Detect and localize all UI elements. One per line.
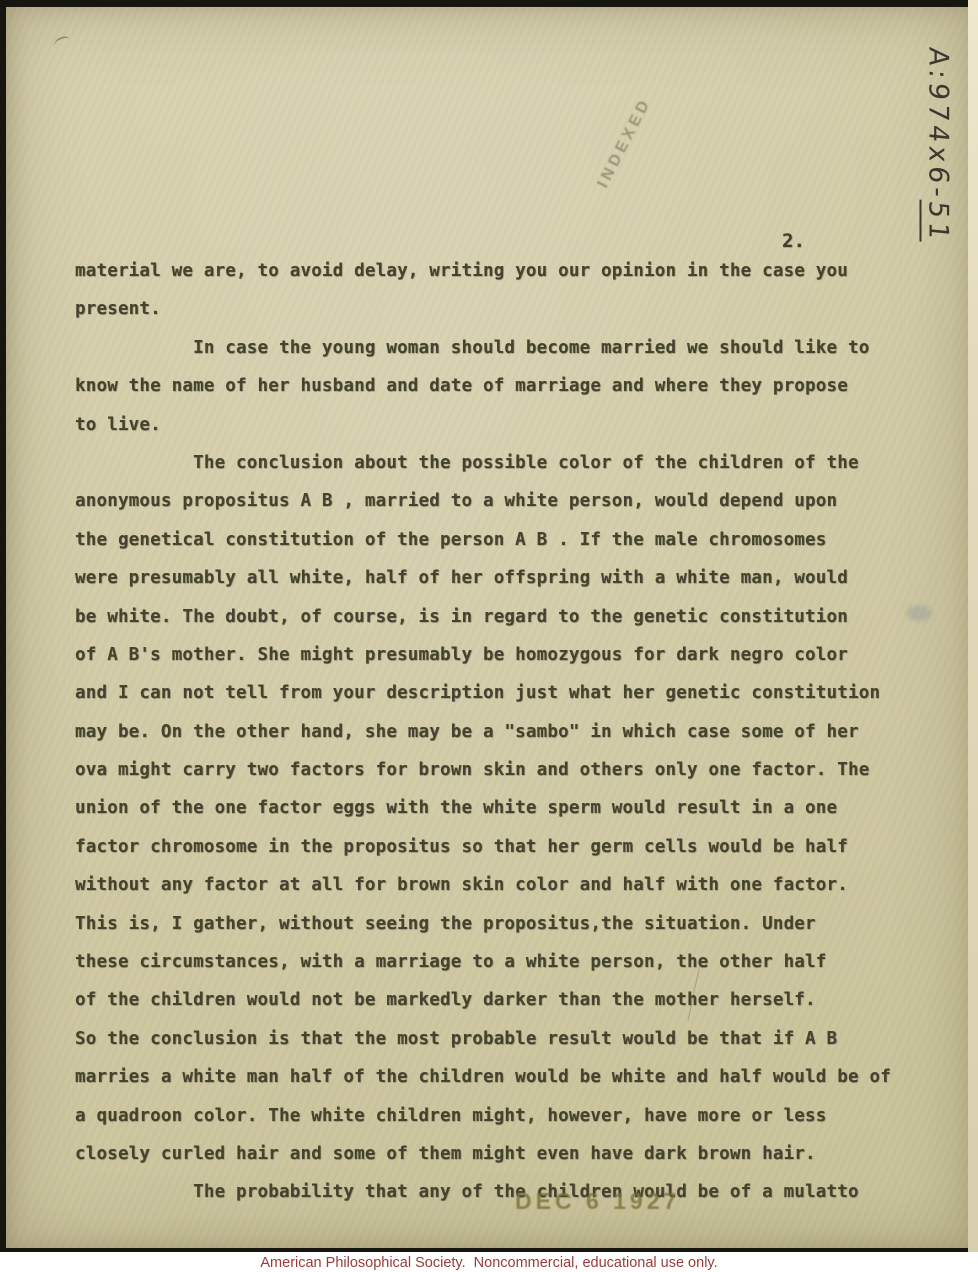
typed-line: without any factor at all for brown skin… — [75, 866, 915, 904]
typed-line: present. — [75, 290, 915, 328]
page-number: 2. — [782, 230, 805, 252]
typed-line: to live. — [75, 406, 915, 444]
typed-line: The probability that any of the children… — [75, 1173, 915, 1211]
archival-id-main: A:974x6- — [923, 46, 954, 203]
typed-line: know the name of her husband and date of… — [75, 367, 915, 405]
typed-line: these circumstances, with a marriage to … — [75, 943, 915, 981]
typed-text-block: material we are, to avoid delay, writing… — [75, 252, 915, 1212]
typed-line: marries a white man half of the children… — [75, 1058, 915, 1096]
typed-line: So the conclusion is that the most proba… — [75, 1020, 915, 1058]
typed-line: and I can not tell from your description… — [75, 674, 915, 712]
typed-line: a quadroon color. The white children mig… — [75, 1097, 915, 1135]
typed-line: ova might carry two factors for brown sk… — [75, 751, 915, 789]
typed-line: the genetical constitution of the person… — [75, 521, 915, 559]
pencil-mark — [53, 35, 72, 50]
typed-line: anonymous propositus A B , married to a … — [75, 482, 915, 520]
archival-id-annotation: A:974x6-51 — [923, 39, 954, 252]
typed-line: In case the young woman should become ma… — [75, 329, 915, 367]
adjacent-page-edge — [968, 0, 978, 1252]
typed-line: were presumably all white, half of her o… — [75, 559, 915, 597]
footer-strip: American Philosophical Society. Noncomme… — [0, 1252, 978, 1272]
typed-line: may be. On the other hand, she may be a … — [75, 713, 915, 751]
scanned-letter-page: INDEXED A:974x6-51 2. material we are, t… — [0, 0, 978, 1272]
archival-id-underlined: 51 — [920, 199, 954, 245]
date-received-stamp: DEC 6 1927 — [515, 1188, 680, 1215]
typed-line: This is, I gather, without seeing the pr… — [75, 905, 915, 943]
typed-line: closely curled hair and some of them mig… — [75, 1135, 915, 1173]
typed-line: material we are, to avoid delay, writing… — [75, 252, 915, 290]
typed-line: The conclusion about the possible color … — [75, 444, 915, 482]
typed-line: union of the one factor eggs with the wh… — [75, 789, 915, 827]
typed-line: factor chromosome in the propositus so t… — [75, 828, 915, 866]
attribution-footer: American Philosophical Society. Noncomme… — [260, 1255, 717, 1271]
typed-line: be white. The doubt, of course, is in re… — [75, 598, 915, 636]
typed-line: of A B's mother. She might presumably be… — [75, 636, 915, 674]
typed-line: of the children would not be markedly da… — [75, 981, 915, 1019]
